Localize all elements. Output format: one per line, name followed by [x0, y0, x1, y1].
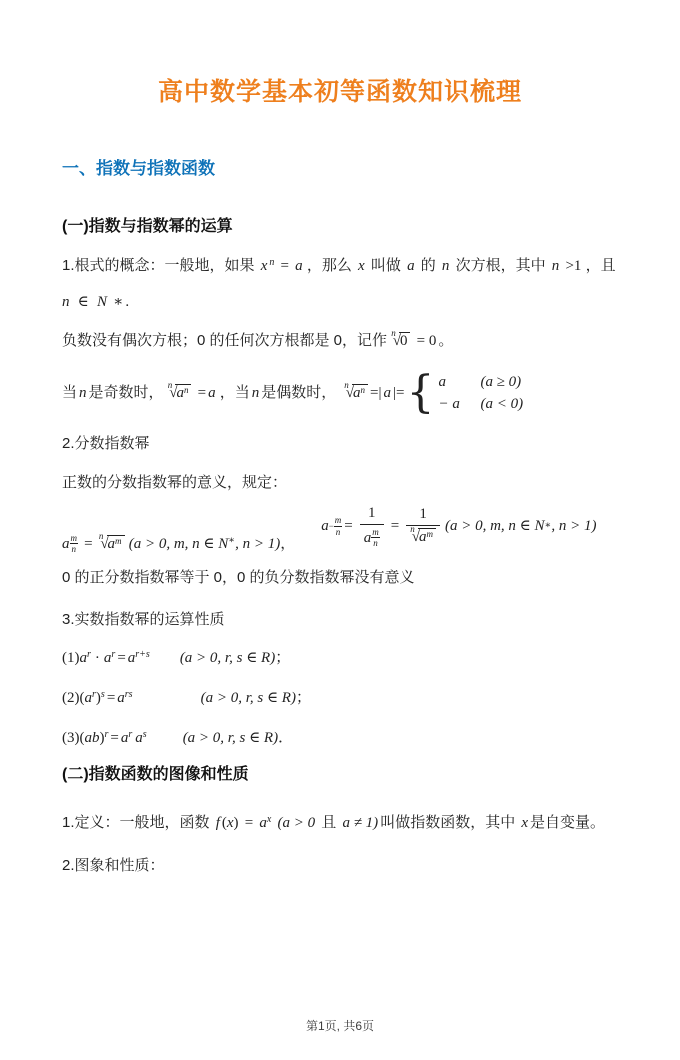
piecewise-absolute-value-formula: n√an =|a|= { a(a ≥ 0) − a(a < 0): [344, 371, 523, 415]
heading-real-exponent-properties: 3.实数指数幂的运算性质: [62, 608, 618, 632]
property-1: (1)ar·ar=ar+s(a > 0, r, s ∈ R)；: [62, 645, 618, 671]
section-heading-exponents: 一、指数与指数函数: [62, 154, 618, 179]
exponent-fraction: mn: [70, 533, 79, 555]
fraction-one-over-nth-root: 1n√am: [406, 505, 440, 547]
property-2: (2)(ar)s=ars(a > 0, r, s ∈ R)；: [62, 685, 618, 711]
heading-fractional-exponents: 2.分数指数幂: [62, 432, 618, 456]
fraction-one-over-a-mn: 1amn: [360, 504, 384, 548]
paragraph-zero-exponent-note: 0 的正分数指数幂等于 0，0 的负分数指数幂没有意义: [62, 566, 618, 590]
paragraph-fractional-intro: 正数的分数指数幂的意义，规定：: [62, 471, 618, 495]
positive-fractional-exponent-formula: amn = n√am (a > 0, m, n ∈ N∗, n > 1)，: [62, 532, 295, 556]
case-brace: {: [406, 373, 434, 413]
case-row-nonnegative: a(a ≥ 0): [438, 371, 523, 393]
paragraph-odd-even-case: 当n是奇数时， n√an =a ，当n是偶数时， n√an =|a|= { a(…: [62, 371, 618, 415]
property-3: (3)(ab)r=aras(a > 0, r, s ∈ R)．: [62, 725, 618, 751]
paragraph-root-concept-line2: n ∈ N ∗.: [62, 290, 618, 314]
fractional-exponent-formulas: amn = n√am (a > 0, m, n ∈ N∗, n > 1)， a−…: [62, 504, 618, 556]
case-row-negative: − a(a < 0): [438, 393, 523, 415]
document-title: 高中数学基本初等函数知识梳理: [62, 0, 618, 108]
paragraph-root-concept-line1: 1.根式的概念：一般地，如果 xn = a ，那么 x 叫做 a 的 n 次方根…: [62, 254, 618, 278]
document-page: 高中数学基本初等函数知识梳理 一、指数与指数函数 (一)指数与指数幂的运算 1.…: [0, 0, 680, 1060]
paragraph-negative-roots: 负数没有偶次方根；0 的任何次方根都是 0，记作 n√0 = 0。: [62, 329, 618, 353]
subsection-heading-graph-properties: (二)指数函数的图像和性质: [62, 761, 618, 784]
nth-root-a-n-even-formula: n√an: [344, 381, 368, 405]
negative-exponent-fraction: −mn: [329, 514, 343, 538]
nth-root-a-m-formula: n√am: [99, 532, 125, 556]
subsection-heading-exponent-operations: (一)指数与指数幂的运算: [62, 213, 618, 236]
paragraph-graph-properties: 2.图象和性质：: [62, 854, 618, 878]
nth-root-of-zero-formula: n√0: [391, 329, 410, 353]
paragraph-exponential-definition: 1.定义：一般地，函数 f(x) = ax (a > 0 且 a ≠ 1)叫做指…: [62, 811, 618, 835]
nth-root-a-n-odd-formula: n√an: [168, 381, 192, 405]
negative-fractional-exponent-formula: a−mn = 1amn = 1n√am (a > 0, m, n ∈ N∗, n…: [321, 504, 596, 548]
page-footer: 第1页, 共6页: [0, 1017, 680, 1034]
